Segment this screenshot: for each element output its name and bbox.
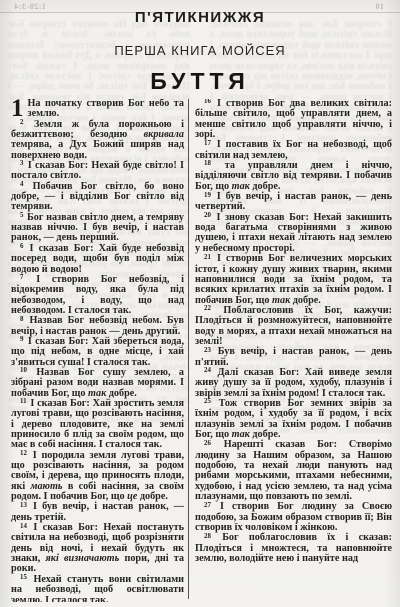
- bible-page: І створив Бог два великих світила: більш…: [0, 0, 400, 607]
- verse-number: 13: [20, 502, 27, 509]
- verse-number: 22: [204, 305, 211, 312]
- verse-13: 13 І був вечір, і настав ранок, — день т…: [11, 502, 184, 523]
- verse-number: 3: [20, 160, 23, 167]
- verse-28: 28 Бог поблагословив їх і сказав: Плодіт…: [195, 533, 392, 564]
- page-header: П'ЯТИКНИЖЖЯ ПЕРША КНИГА МОЙСЕЯ БУТТЯ: [0, 0, 400, 95]
- verse-21: 21 І створив Бог величезних морських іст…: [195, 254, 392, 306]
- verse-2: 2 Земля ж була порожньою і безжиттєвою; …: [11, 120, 184, 161]
- verse-7: 7 І створив Бог небозвід, і відокремив в…: [11, 275, 184, 316]
- verse-number: 26: [204, 440, 211, 447]
- verse-number: 14: [20, 523, 27, 530]
- verse-number: 17: [204, 140, 211, 147]
- verse-number: 16: [204, 99, 211, 105]
- left-text-column: 1На початку створив Бог небо та землю.2 …: [11, 99, 184, 602]
- column-divider: [188, 99, 189, 599]
- verse-number: 19: [204, 192, 211, 199]
- verse-number: 5: [20, 212, 23, 219]
- verse-number: 15: [20, 574, 27, 581]
- verse-number: 21: [204, 254, 211, 261]
- section-title: П'ЯТИКНИЖЖЯ: [0, 9, 400, 26]
- verse-24: 24 Далі сказав Бог: Хай виведе земля жив…: [195, 368, 392, 399]
- verse-number: 6: [20, 243, 23, 250]
- verse-12: 12 І породила земля лугові трави, що роз…: [11, 451, 184, 503]
- verse-20: 20 І знову сказав Бог: Нехай закишить во…: [195, 213, 392, 254]
- verse-number: 23: [204, 347, 211, 354]
- verse-17: 17 І поставив їх Бог на небозводі, щоб с…: [195, 140, 392, 161]
- verse-number: 2: [20, 119, 23, 126]
- verse-16: 16 І створив Бог два великих світила: бі…: [195, 99, 392, 140]
- right-text-column: 16 І створив Бог два великих світила: бі…: [195, 99, 392, 602]
- verse-18: 18 та управляли днем і ніччю, відділяючи…: [195, 161, 392, 192]
- verse-1: 1На початку створив Бог небо та землю.: [11, 99, 184, 120]
- verse-8: 8 Назвав Бог небозвід небом. Був вечір, …: [11, 316, 184, 337]
- verse-9: 9 І сказав Бог: Хай збереться вода, що п…: [11, 337, 184, 368]
- verse-number: 24: [204, 367, 211, 374]
- verse-number: 11: [20, 398, 27, 405]
- verse-number: 27: [204, 502, 211, 509]
- verse-14: 14 І сказав Бог: Нехай постануть світила…: [11, 523, 184, 575]
- verse-11: 11 І сказав Бог: Хай зростить земля луго…: [11, 399, 184, 451]
- verse-15: 15 Нехай стануть вони світилами на небоз…: [11, 575, 184, 602]
- verse-5: 5 Бог назвав світло днем, а темряву назв…: [11, 213, 184, 244]
- verse-23: 23 Був вечір, і настав ранок, — день п'я…: [195, 347, 392, 368]
- verse-19: 19 І був вечір, і настав ранок, — день ч…: [195, 192, 392, 213]
- verse-number: 18: [204, 160, 211, 167]
- verse-26: 26 Нарешті сказав Бог: Створімо людину з…: [195, 440, 392, 502]
- verse-number: 25: [204, 398, 211, 405]
- verse-number: 12: [20, 450, 27, 457]
- book-title: БУТТЯ: [0, 68, 400, 95]
- book-subtitle: ПЕРША КНИГА МОЙСЕЯ: [0, 43, 400, 58]
- verse-number: 9: [20, 336, 23, 343]
- verse-3: 3 І сказав Бог: Нехай буде світло! І пос…: [11, 161, 184, 182]
- verse-number: 10: [20, 367, 27, 374]
- verse-22: 22 Поблагословив їх Бог, кажучи: Плодіть…: [195, 306, 392, 347]
- verse-10: 10 Назвав Бог сушу землею, а зібрані раз…: [11, 368, 184, 399]
- verse-number: 7: [20, 274, 23, 281]
- verse-number: 28: [204, 533, 211, 540]
- verse-6: 6 І сказав Бог: Хай буде небозвід посере…: [11, 244, 184, 275]
- verse-number: 4: [20, 181, 23, 188]
- verse-4: 4 Побачив Бог світло, бо воно добре, — і…: [11, 182, 184, 213]
- chapter-number: 1: [11, 99, 24, 118]
- verse-27: 27 І створив Бог людину за Своєю подобою…: [195, 502, 392, 533]
- verse-number: 8: [20, 316, 23, 323]
- verse-25: 25 Тож створив Бог земних звірів за їхні…: [195, 399, 392, 440]
- verse-number: 20: [204, 212, 211, 219]
